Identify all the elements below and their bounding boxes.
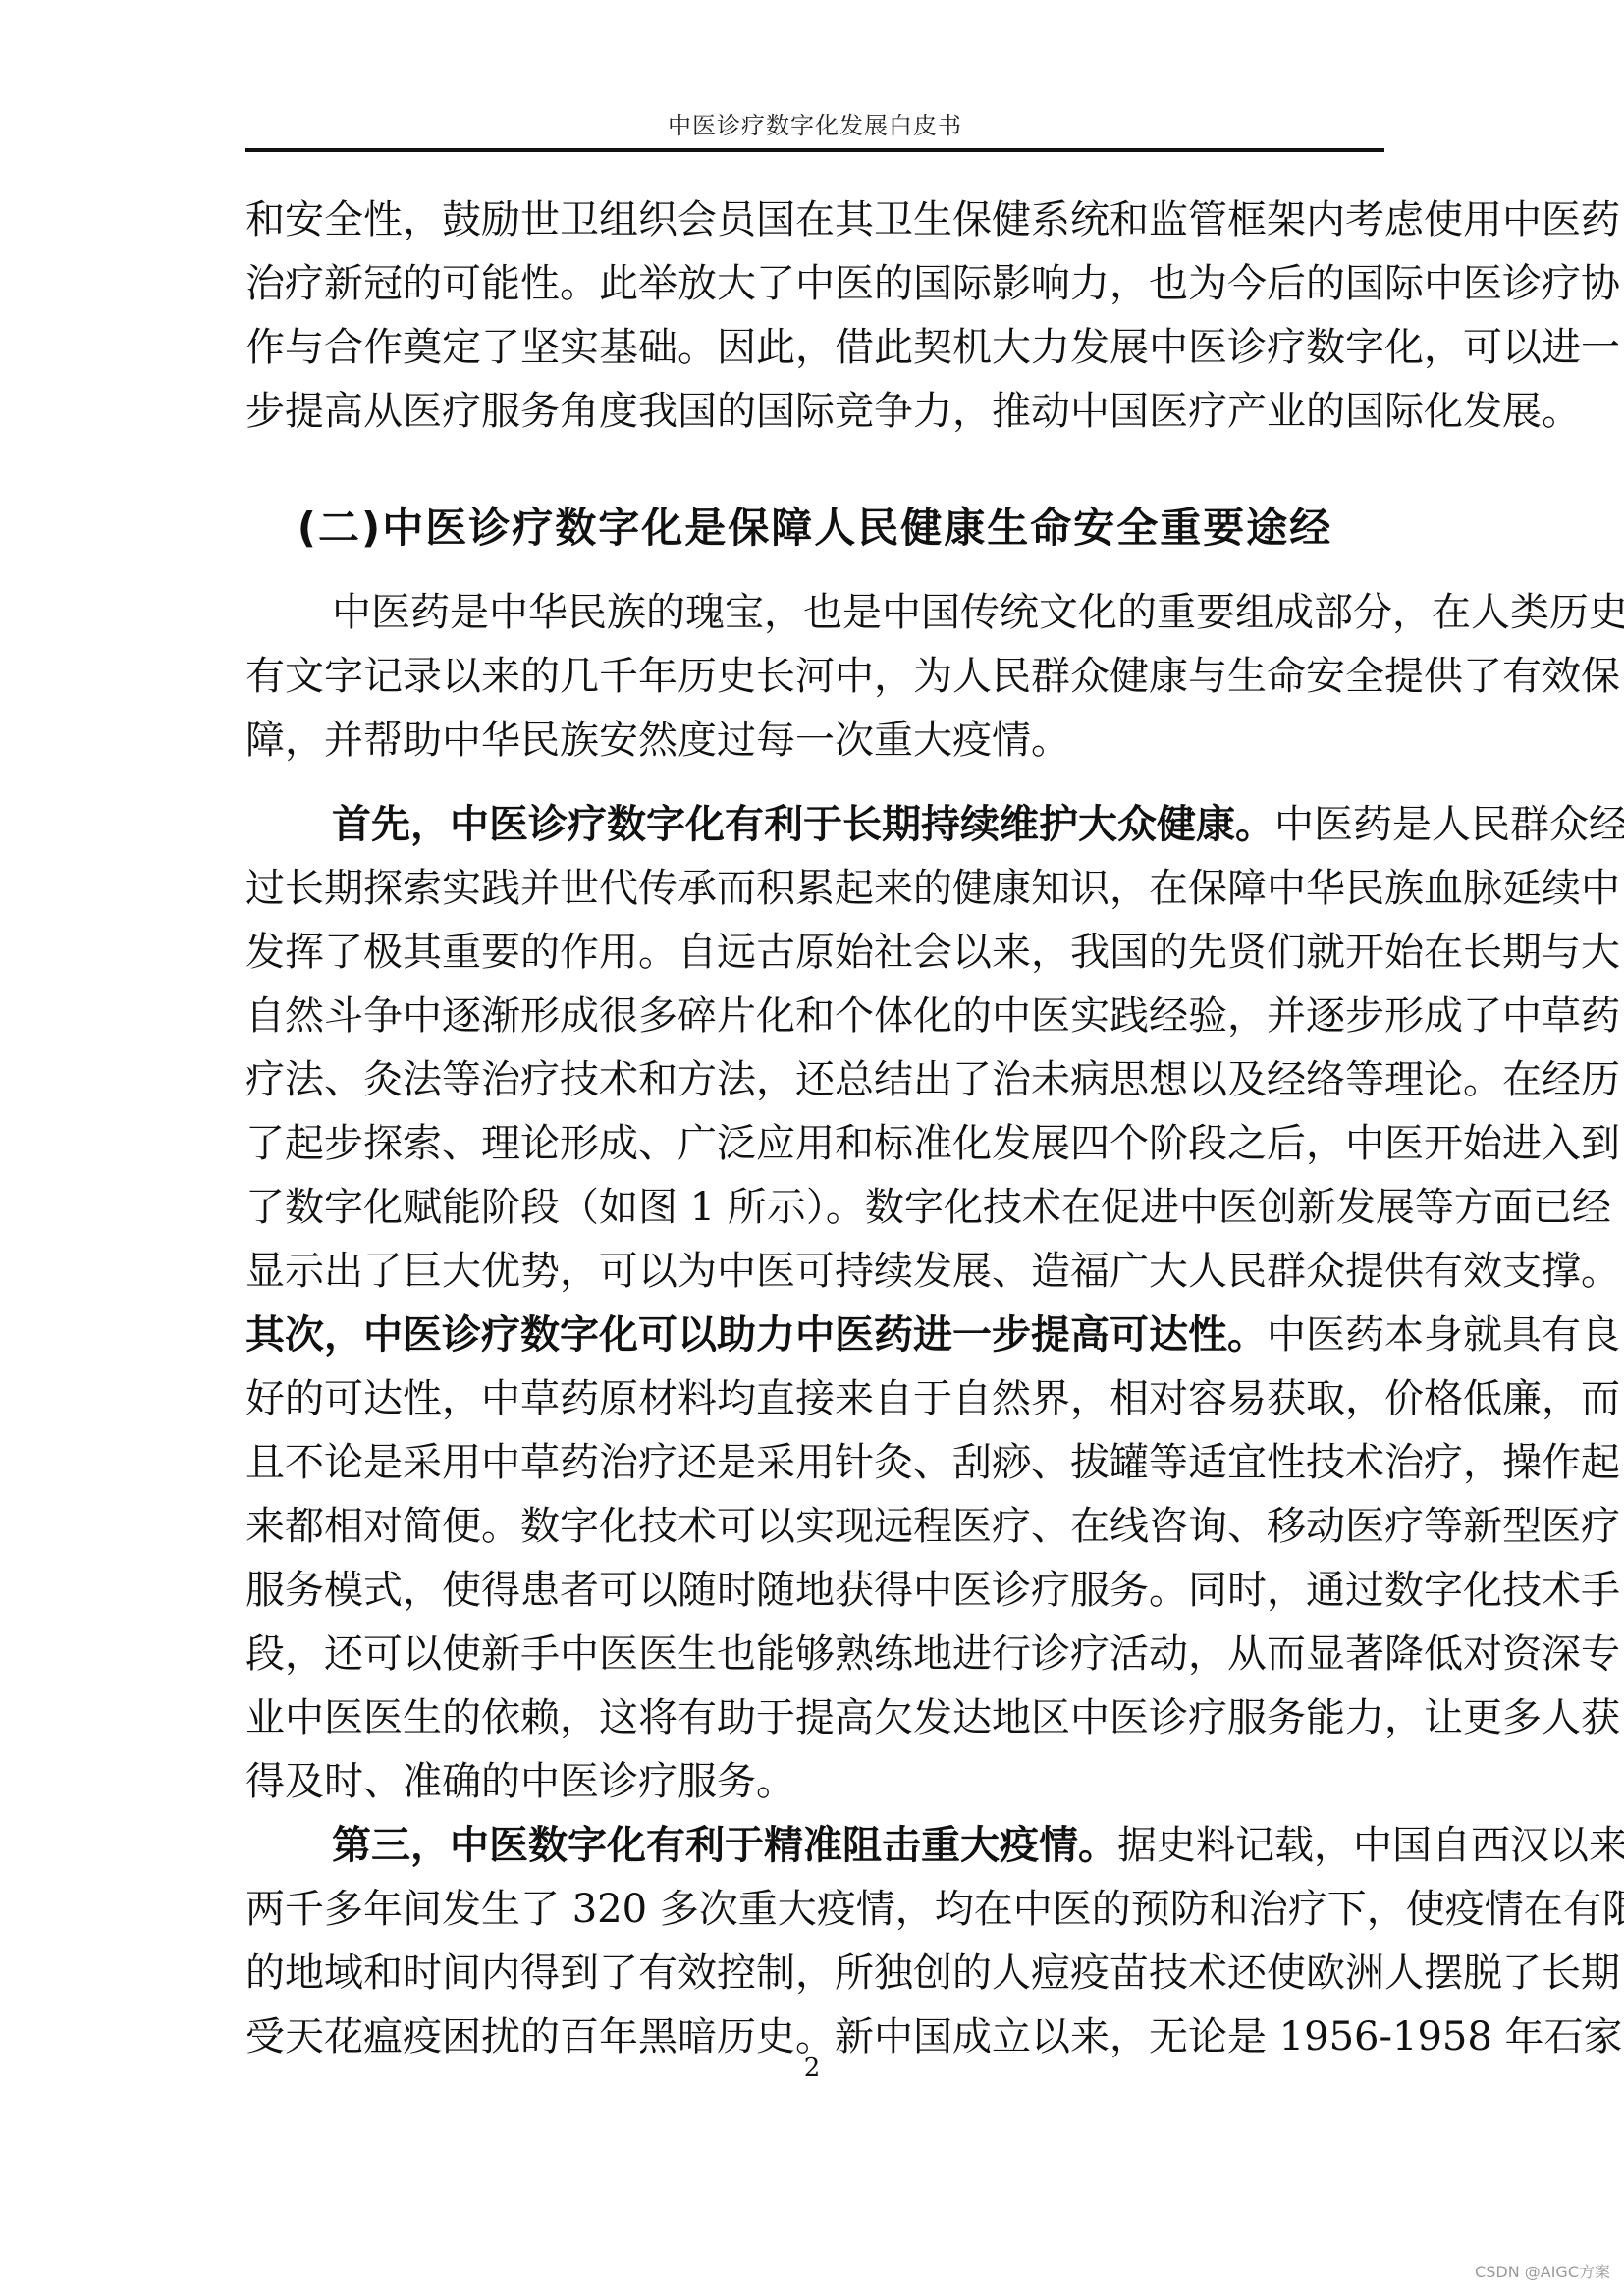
text-line: 服务模式，使得患者可以随时随地获得中医诊疗服务。同时，通过数字化技术手 <box>245 1559 1384 1623</box>
text-line: 有文字记录以来的几千年历史长河中，为人民群众健康与生命安全提供了有效保 <box>245 645 1384 709</box>
text-line: 两千多年间发生了 320 多次重大疫情，均在中医的预防和治疗下，使疫情在有限 <box>245 1878 1384 1942</box>
page-number: 2 <box>0 2054 1624 2083</box>
text-line: 了起步探索、理论形成、广泛应用和标准化发展四个阶段之后，中医开始进入到 <box>245 1112 1384 1176</box>
bold-lead: 第三，中医数字化有利于精准阻击重大疫情。 <box>332 1823 1117 1868</box>
text-line: 自然斗争中逐渐形成很多碎片化和个体化的中医实践经验，并逐步形成了中草药 <box>245 985 1384 1048</box>
text-line: 中医药是中华民族的瑰宝，也是中国传统文化的重要组成部分，在人类历史 <box>245 581 1384 645</box>
text-line: 了数字化赋能阶段（如图 1 所示）。数字化技术在促进中医创新发展等方面已经 <box>245 1176 1384 1240</box>
text-span: 据史料记载，中国自西汉以来， <box>1117 1823 1624 1868</box>
watermark: CSDN @AIGC方案 <box>1475 2260 1610 2282</box>
header-rule <box>245 148 1384 152</box>
text-line: 段，还可以使新手中医医生也能够熟练地进行诊疗活动，从而显著降低对资深专 <box>245 1623 1384 1686</box>
bold-lead: 首先，中医诊疗数字化有利于长期持续维护大众健康。 <box>332 802 1274 847</box>
paragraph-first-point: 首先，中医诊疗数字化有利于长期持续维护大众健康。中医药是人民群众经 过长期探索实… <box>245 793 1384 1304</box>
text-line: 首先，中医诊疗数字化有利于长期持续维护大众健康。中医药是人民群众经 <box>245 793 1384 857</box>
text-line: 业中医医生的依赖，这将有助于提高欠发达地区中医诊疗服务能力，让更多人获 <box>245 1686 1384 1750</box>
text-span: 中医药本身就具有良 <box>1267 1312 1620 1358</box>
text-line: 作与合作奠定了坚实基础。因此，借此契机大力发展中医诊疗数字化，可以进一 <box>245 316 1384 380</box>
text-line: 显示出了巨大优势，可以为中医可持续发展、造福广大人民群众提供有效支撑。 <box>245 1240 1384 1304</box>
text-line: 发挥了极其重要的作用。自远古原始社会以来，我国的先贤们就开始在长期与大 <box>245 921 1384 985</box>
text-line: 治疗新冠的可能性。此举放大了中医的国际影响力，也为今后的国际中医诊疗协 <box>245 252 1384 316</box>
section-heading: (二)中医诊疗数字化是保障人民健康生命安全重要途经 <box>245 496 1384 555</box>
running-header: 中医诊疗数字化发展白皮书 <box>245 106 1384 140</box>
text-line: 障，并帮助中华民族安然度过每一次重大疫情。 <box>245 709 1384 773</box>
text-line: 疗法、灸法等治疗技术和方法，还总结出了治未病思想以及经络等理论。在经历 <box>245 1048 1384 1112</box>
paragraph-third-point: 第三，中医数字化有利于精准阻击重大疫情。据史料记载，中国自西汉以来， 两千多年间… <box>245 1814 1384 2069</box>
text-line: 其次，中医诊疗数字化可以助力中医药进一步提高可达性。中医药本身就具有良 <box>245 1304 1384 1367</box>
text-line: 的地域和时间内得到了有效控制，所独创的人痘疫苗技术还使欧洲人摆脱了长期 <box>245 1942 1384 2005</box>
text-span: 中医药是人民群众经 <box>1274 802 1624 847</box>
paragraph-continued: 和安全性，鼓励世卫组织会员国在其卫生保健系统和监管框架内考虑使用中医药 治疗新冠… <box>245 188 1384 444</box>
text-line: 步提高从医疗服务角度我国的国际竞争力，推动中国医疗产业的国际化发展。 <box>245 380 1384 444</box>
text-line: 好的可达性，中草药原材料均直接来自于自然界，相对容易获取，价格低廉，而 <box>245 1367 1384 1431</box>
paragraph-intro: 中医药是中华民族的瑰宝，也是中国传统文化的重要组成部分，在人类历史 有文字记录以… <box>245 581 1384 773</box>
text-line: 得及时、准确的中医诊疗服务。 <box>245 1750 1384 1814</box>
text-line: 第三，中医数字化有利于精准阻击重大疫情。据史料记载，中国自西汉以来， <box>245 1814 1384 1878</box>
paragraph-second-point: 其次，中医诊疗数字化可以助力中医药进一步提高可达性。中医药本身就具有良 好的可达… <box>245 1304 1384 1814</box>
bold-lead: 其次，中医诊疗数字化可以助力中医药进一步提高可达性。 <box>245 1312 1267 1358</box>
text-line: 和安全性，鼓励世卫组织会员国在其卫生保健系统和监管框架内考虑使用中医药 <box>245 188 1384 252</box>
text-line: 且不论是采用中草药治疗还是采用针灸、刮痧、拔罐等适宜性技术治疗，操作起 <box>245 1431 1384 1495</box>
text-line: 过长期探索实践并世代传承而积累起来的健康知识，在保障中华民族血脉延续中 <box>245 857 1384 921</box>
text-line: 来都相对简便。数字化技术可以实现远程医疗、在线咨询、移动医疗等新型医疗 <box>245 1495 1384 1559</box>
